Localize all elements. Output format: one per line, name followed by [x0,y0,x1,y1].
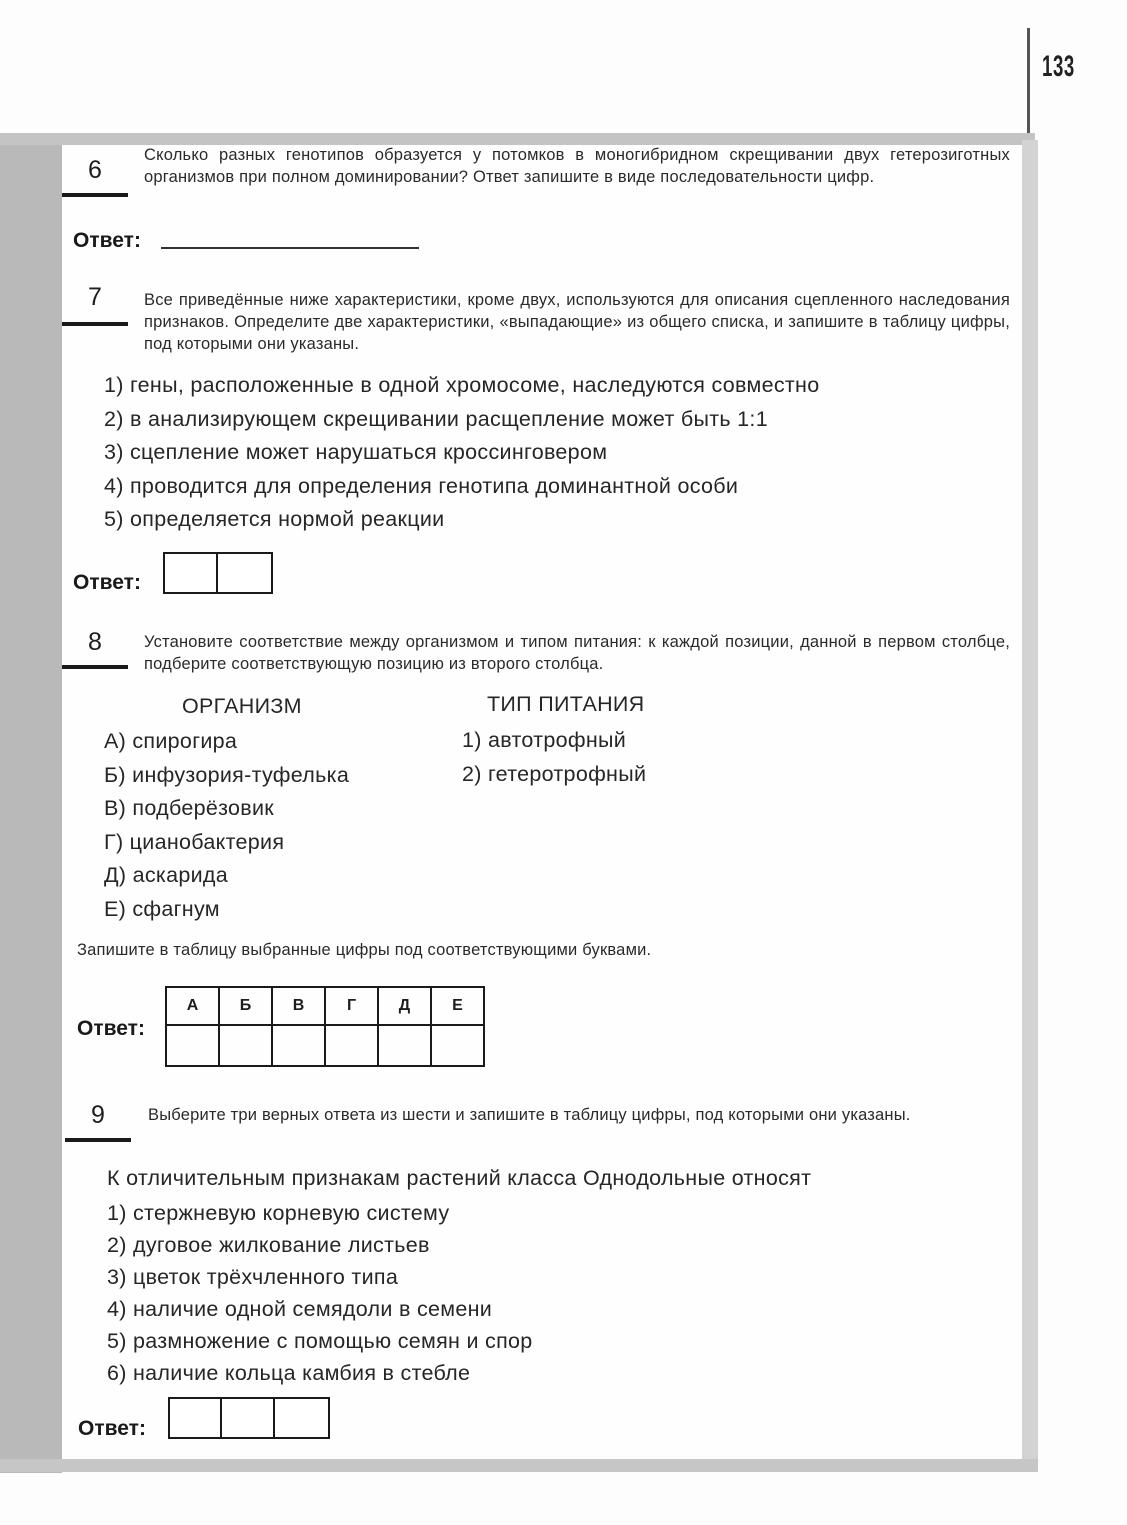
matching-answer-table: А Б В Г Д Е [165,986,485,1067]
page-header-rule [1027,28,1030,133]
option-list: 1) гены, расположенные в одной хромосоме… [104,369,819,537]
organism-item: В) подберёзовик [104,792,349,826]
table-header-cell: А [166,987,219,1025]
task-number-rule [62,322,128,326]
page-number: 133 [1042,50,1075,84]
answer-cell[interactable] [272,1025,325,1066]
column-header-nutrition-type: ТИП ПИТАНИЯ [487,692,645,717]
organism-item: А) спирогира [104,725,349,759]
task-lead-text: К отличительным признакам растений класс… [107,1166,811,1191]
answer-label: Ответ: [73,229,141,253]
organism-item: Е) сфагнум [104,893,349,927]
task-text: Установите соответствие между организмом… [144,631,1010,675]
organism-item: Б) инфузория-туфелька [104,759,349,793]
answer-boxes [168,1397,330,1439]
option-item: 5) размножение с помощью семян и спор [107,1325,533,1357]
answer-box[interactable] [222,1399,275,1437]
task-text: Все приведённые ниже характеристики, кро… [144,289,1010,355]
task-number-rule [62,193,128,197]
frame-bottom-border [0,1459,1038,1472]
option-item: 3) сцепление может нарушаться кроссингов… [104,436,819,470]
column-header-organism: ОРГАНИЗМ [182,694,302,719]
nutrition-type-item: 2) гетеротрофный [462,758,646,792]
task-text: Сколько разных генотипов образуется у по… [144,144,1010,188]
answer-label: Ответ: [73,571,141,595]
nutrition-type-item: 1) автотрофный [462,724,646,758]
answer-cell[interactable] [166,1025,219,1066]
answer-box[interactable] [275,1399,328,1437]
table-header-cell: Б [219,987,272,1025]
option-item: 4) проводится для определения генотипа д… [104,470,819,504]
organism-item: Д) аскарида [104,859,349,893]
answer-box[interactable] [218,554,271,592]
task-number: 8 [62,628,128,657]
answer-cell[interactable] [378,1025,431,1066]
task-number: 6 [62,156,128,185]
option-item: 6) наличие кольца камбия в стебле [107,1357,533,1389]
option-list: 1) стержневую корневую систему 2) дугово… [107,1197,533,1389]
task-number: 7 [62,283,128,312]
table-header-cell: Д [378,987,431,1025]
table-header-cell: Е [431,987,484,1025]
option-item: 2) в анализирующем скрещивании расщеплен… [104,403,819,437]
table-header-cell: Г [325,987,378,1025]
option-item: 5) определяется нормой реакции [104,503,819,537]
task-text: Выберите три верных ответа из шести и за… [148,1104,1012,1126]
answer-label: Ответ: [77,1017,145,1041]
option-item: 1) стержневую корневую систему [107,1197,533,1229]
table-header-cell: В [272,987,325,1025]
answer-label: Ответ: [78,1417,146,1441]
table-instruction: Запишите в таблицу выбранные цифры под с… [77,941,651,960]
organism-item: Г) цианобактерия [104,826,349,860]
answer-cell[interactable] [219,1025,272,1066]
table-header-row: А Б В Г Д Е [166,987,484,1025]
option-item: 3) цветок трёхчленного типа [107,1261,533,1293]
table-answer-row [166,1025,484,1066]
answer-box[interactable] [165,554,218,592]
option-item: 1) гены, расположенные в одной хромосоме… [104,369,819,403]
answer-boxes [163,552,273,594]
task-number-rule [65,1138,131,1142]
answer-input-line[interactable] [161,247,419,249]
option-item: 4) наличие одной семядоли в семени [107,1293,533,1325]
answer-cell[interactable] [325,1025,378,1066]
frame-right-border [1022,140,1038,1472]
frame-left-border [0,133,62,1473]
answer-cell[interactable] [431,1025,484,1066]
organism-list: А) спирогира Б) инфузория-туфелька В) по… [104,725,349,926]
answer-box[interactable] [170,1399,222,1437]
option-item: 2) дуговое жилкование листьев [107,1229,533,1261]
task-number-rule [62,665,128,669]
task-number: 9 [65,1101,131,1130]
nutrition-type-list: 1) автотрофный 2) гетеротрофный [462,724,646,791]
